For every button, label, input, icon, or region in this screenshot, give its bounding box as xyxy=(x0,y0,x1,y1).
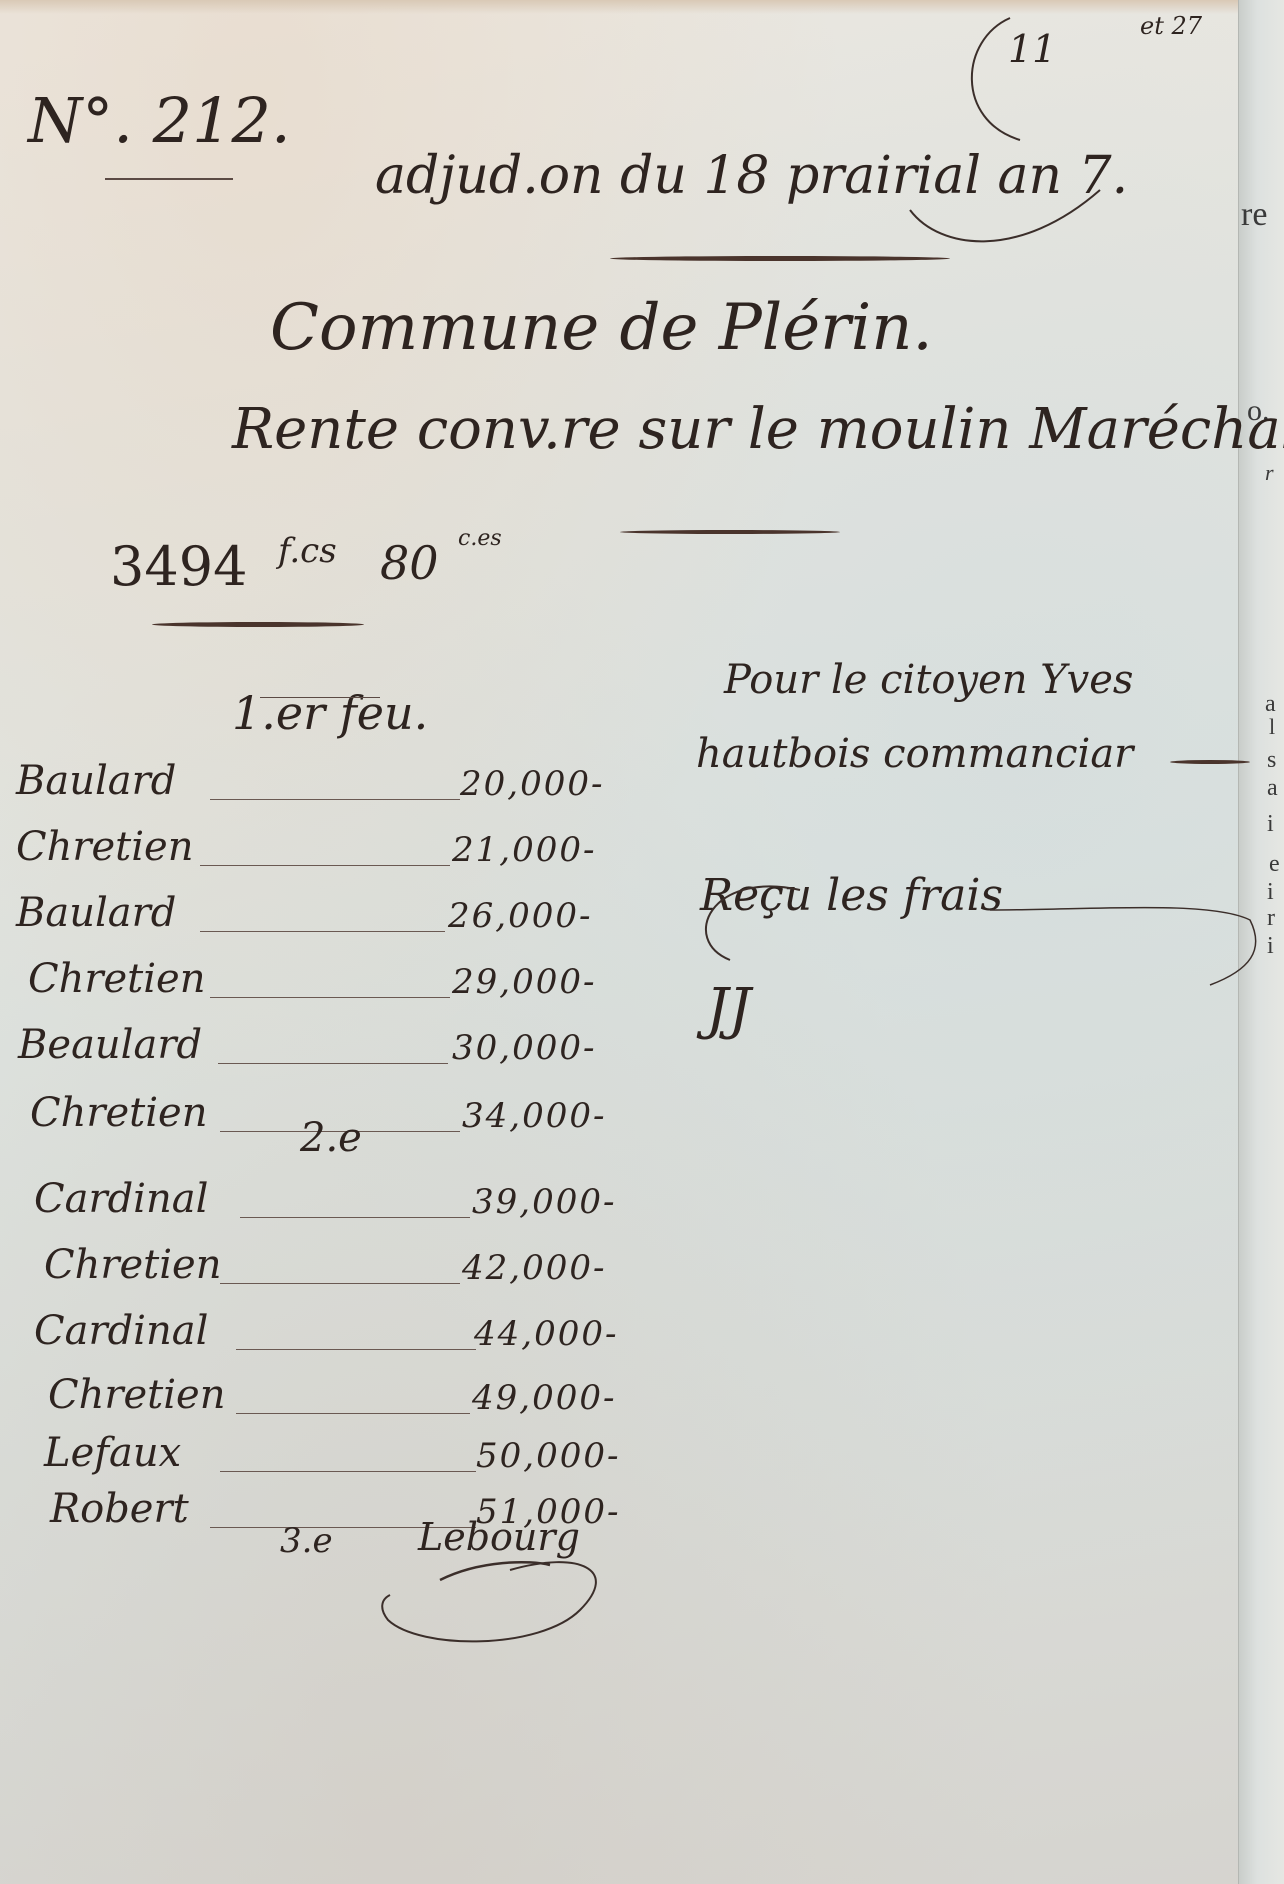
initials: JJ xyxy=(706,982,751,1038)
second-fire-label: 2.e xyxy=(300,1118,362,1158)
bid-leader-line xyxy=(236,1349,476,1350)
bid-row: Lefaux 50,000- xyxy=(0,1432,660,1482)
bid-leader-line xyxy=(210,997,450,998)
adjacent-fragment: a xyxy=(1265,692,1276,716)
adjacent-fragment: r xyxy=(1265,462,1274,484)
bid-leader-line xyxy=(200,865,450,866)
bid-amount: 20,000- xyxy=(460,764,604,804)
adjacent-fragment: i xyxy=(1267,880,1274,904)
bidder-name: Beaulard xyxy=(18,1022,202,1068)
reference-number: N°. 212. xyxy=(28,90,291,152)
bidder-name: Lefaux xyxy=(44,1430,181,1476)
bidder-name: Baulard xyxy=(16,758,176,804)
bid-amount: 49,000- xyxy=(472,1378,616,1418)
bidder-name: Baulard xyxy=(16,890,176,936)
adjacent-fragment: re xyxy=(1241,198,1267,232)
bidder-name: Robert xyxy=(50,1486,189,1532)
adjacent-fragment: i xyxy=(1267,934,1274,958)
valuation-rule xyxy=(152,622,364,627)
bidder-name: Cardinal xyxy=(34,1308,208,1354)
bidder-name: Cardinal xyxy=(34,1176,208,1222)
bid-amount: 34,000- xyxy=(462,1096,606,1136)
adjacent-fragment: l xyxy=(1269,716,1275,738)
bid-leader-line xyxy=(236,1413,470,1414)
adjacent-fragment: a xyxy=(1267,776,1278,800)
folio-extra: et 27 xyxy=(1140,14,1202,38)
bid-leader-line xyxy=(218,1063,448,1064)
valuation-francs: 3494 xyxy=(110,540,247,594)
adjacent-fragment: r xyxy=(1267,906,1275,930)
bid-leader-line xyxy=(220,1283,460,1284)
valuation-francs-unit: f.cs xyxy=(278,534,337,568)
bidder-name: Chretien xyxy=(44,1242,221,1288)
adjacent-fragment: e xyxy=(1269,852,1280,876)
bid-row: Chretien 21,000- xyxy=(0,826,660,876)
note-rule xyxy=(1170,760,1250,764)
bid-leader-line xyxy=(210,799,460,800)
bidder-name: Chretien xyxy=(28,956,205,1002)
adjacent-fragment: s xyxy=(1267,748,1276,772)
paper-top-edge xyxy=(0,0,1284,14)
bid-amount: 39,000- xyxy=(472,1182,616,1222)
commune-name: Commune de Plérin. xyxy=(270,296,933,360)
bid-row: Chretien 29,000- xyxy=(0,958,660,1008)
bid-amount: 44,000- xyxy=(474,1314,618,1354)
bid-row: Cardinal 44,000- xyxy=(0,1310,660,1360)
bidder-name: Chretien xyxy=(30,1090,207,1136)
rente-subject: Rente conv.re sur le moulin Maréchal xyxy=(232,402,1284,458)
bidder-name: Chretien xyxy=(48,1372,225,1418)
folio-bracket-flourish xyxy=(950,10,1070,150)
bid-row: Baulard 20,000- xyxy=(0,760,660,810)
third-fire-label: 3.e xyxy=(280,1524,333,1558)
valuation-centimes-unit: c.es xyxy=(458,528,502,550)
bid-row: Beaulard 30,000- xyxy=(0,1024,660,1074)
bidder-name: Chretien xyxy=(16,824,193,870)
note-line-1: Pour le citoyen Yves xyxy=(724,660,1133,700)
bid-amount: 50,000- xyxy=(476,1436,620,1476)
signature-flourish xyxy=(380,1540,620,1660)
bid-row: Chretien 42,000- xyxy=(0,1244,660,1294)
bid-amount: 42,000- xyxy=(462,1248,606,1288)
bid-amount: 30,000- xyxy=(452,1028,596,1068)
receipt-flourish xyxy=(690,820,1260,990)
bid-amount: 21,000- xyxy=(452,830,596,870)
bid-amount: 29,000- xyxy=(452,962,596,1002)
first-fire-overline xyxy=(260,697,380,698)
bid-row: Cardinal 39,000- xyxy=(0,1178,660,1228)
adjacent-fragment: i xyxy=(1267,812,1274,836)
title-rule xyxy=(610,256,950,261)
reference-underline xyxy=(105,178,233,180)
note-line-2: hautbois commanciar xyxy=(696,734,1133,774)
bid-leader-line xyxy=(200,931,445,932)
bid-amount: 26,000- xyxy=(448,896,592,936)
bid-row: Baulard 26,000- xyxy=(0,892,660,942)
valuation-centimes: 80 xyxy=(380,540,439,586)
bid-leader-line xyxy=(240,1217,470,1218)
separator-rule xyxy=(620,530,840,534)
bid-leader-line xyxy=(220,1471,476,1472)
bid-row: Chretien 49,000- xyxy=(0,1374,660,1424)
